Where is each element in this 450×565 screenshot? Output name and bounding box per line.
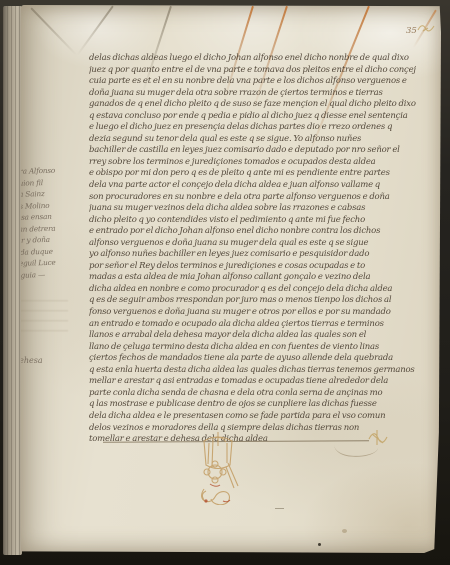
body-line: dezia segund su tenor dela qual es este … <box>89 134 416 146</box>
body-line: llano de çeluga termino desta dicha alde… <box>89 342 416 354</box>
body-line: dicho pleito q yo contendides visto el p… <box>89 215 416 227</box>
body-line: dicha aldea en nonbre e como procurador … <box>89 284 416 296</box>
page-edge-stack <box>3 6 22 555</box>
body-text: delas dichas aldeas luego el dicho Johan… <box>89 53 416 447</box>
body-line: q las mostrase e publicase dentro de ojo… <box>89 399 416 411</box>
body-line: madas a esta aldea de mia Johan alfonso … <box>89 272 416 284</box>
manuscript-page: 35 Contra Alfonso verguion fil Juana Sai… <box>21 5 441 553</box>
notarial-sign <box>182 431 252 509</box>
faint-stain <box>342 529 347 533</box>
body-line: an entrado e tomado e ocupado ala dicha … <box>89 319 416 331</box>
body-line: e obispo por mi don pero q es de pleito … <box>89 168 416 180</box>
body-line: cuia parte es et el en su nonbre dela vn… <box>89 76 416 88</box>
body-line: son procuradores en su nonbre e dela otr… <box>89 192 416 204</box>
body-line: yo alfonso nuñes bachiller en leyes juez… <box>89 249 416 261</box>
body-line: juana su muger vezinos dela dicha aldea … <box>89 203 416 215</box>
folio-number: 35 <box>406 26 417 36</box>
body-line: delas dichas aldeas luego el dicho Johan… <box>89 53 416 65</box>
body-line: q esta enla huerta desta dicha aldea las… <box>89 365 416 377</box>
body-line: q es de seguir ambos rrespondan por juro… <box>89 295 416 307</box>
body-line: bachiller de castilla en leyes juez comi… <box>89 145 416 157</box>
body-line: parte conla dicha senda de chasna e dela… <box>89 388 416 400</box>
body-line: çiertos fechos de mandados tiene ala par… <box>89 353 416 365</box>
ink-dash <box>275 508 284 509</box>
body-line: q estava concluso por ende q pedia e pid… <box>89 111 416 123</box>
body-line: por señor el Rey delos terminos e juredi… <box>89 261 416 273</box>
crease-mark <box>76 5 113 56</box>
body-line: doña juana su muger dela otra sobre rraz… <box>89 88 416 100</box>
body-line: ganados de q enel dicho pleito q de suso… <box>89 99 416 111</box>
body-line: e entrado por el dicho Johan alfonso ene… <box>89 226 416 238</box>
body-line: fonso verguenos e doña juana su muger e … <box>89 307 416 319</box>
body-line: juez q por quanto entre el de vna parte … <box>89 65 416 77</box>
body-line: llanos e arrabal dela dehesa mayor dela … <box>89 330 416 342</box>
crease-mark <box>30 7 77 56</box>
body-line: rrey sobre los terminos e jurediçiones t… <box>89 157 416 169</box>
body-line: e luego el dicho juez en presençia delas… <box>89 122 416 134</box>
manuscript-photo: 35 Contra Alfonso verguion fil Juana Sai… <box>0 0 450 565</box>
corner-flourish <box>417 18 435 37</box>
body-line: dela dicha aldea e le presentasen como s… <box>89 411 416 423</box>
pen-swash <box>334 443 379 458</box>
body-line: alfonso verguenos e doña juana su muger … <box>89 238 416 250</box>
body-line: dela vna parte actor el conçejo dela dic… <box>89 180 416 192</box>
ink-dot <box>318 543 321 546</box>
body-line: mellar e arestar q asi entradas e tomada… <box>89 376 416 388</box>
